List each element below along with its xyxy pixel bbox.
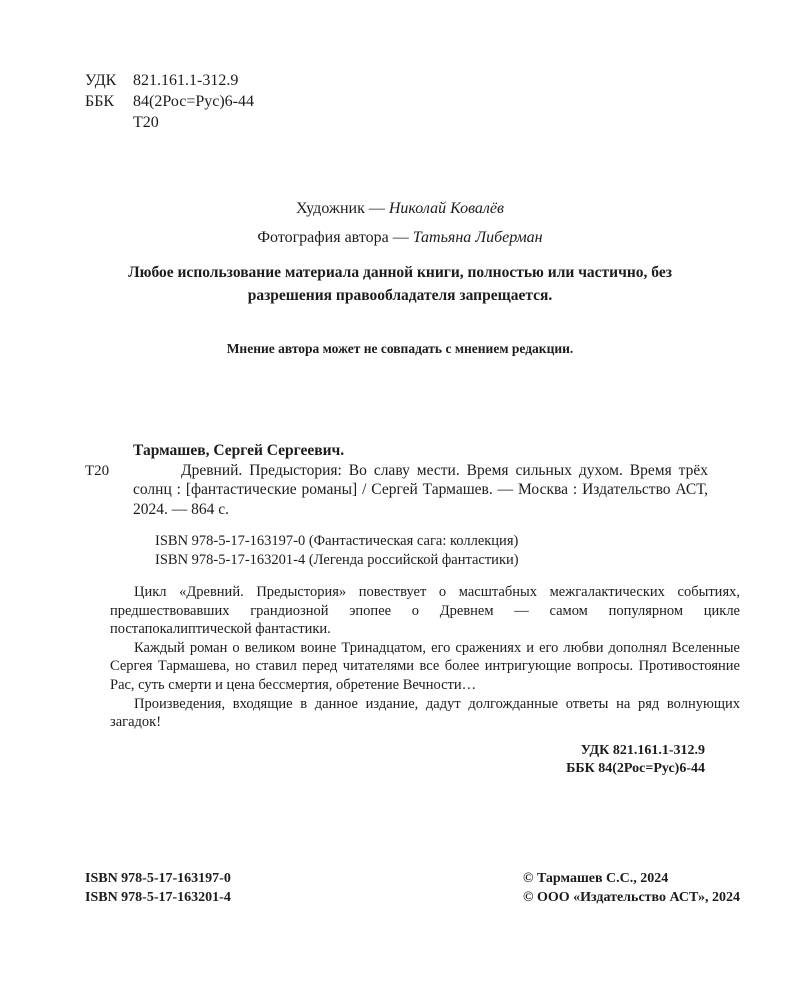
isbn-line: ISBN 978-5-17-163197-0 [85, 870, 231, 889]
bbk-value: 84(2Рос=Рус)6-44 [133, 91, 254, 112]
bbk-line: ББК 84(2Рос=Рус)6-44 [85, 760, 705, 779]
annotation-paragraph: Каждый роман о великом воине Тринадцатом… [110, 639, 740, 695]
annotation-paragraph: Цикл «Древний. Предыстория» повествует о… [110, 583, 740, 639]
rights-notice: Любое использование материала данной кни… [90, 261, 710, 307]
imprint-page: УДК 821.161.1-312.9 ББК 84(2Рос=Рус)6-44… [0, 0, 800, 1000]
isbn-line: ISBN 978-5-17-163197-0 (Фантастическая с… [155, 532, 740, 551]
isbn-line: ISBN 978-5-17-163201-4 [85, 889, 231, 908]
isbn-line: ISBN 978-5-17-163201-4 (Легенда российск… [155, 551, 740, 570]
photographer-name: Татьяна Либерман [413, 229, 543, 246]
artist-name: Николай Ковалёв [389, 200, 504, 217]
udk-line: УДК 821.161.1-312.9 [85, 742, 705, 761]
udk-value: 821.161.1-312.9 [133, 70, 254, 91]
annotation-paragraph: Произведения, входящие в данное издание,… [110, 695, 740, 732]
footer-isbn-column: ISBN 978-5-17-163197-0 ISBN 978-5-17-163… [85, 870, 231, 907]
copyright-line: © ООО «Издательство АСТ», 2024 [523, 889, 740, 908]
bbk-label: ББК [85, 91, 133, 112]
photographer-credit: Фотография автора — Татьяна Либерман [0, 229, 800, 247]
spacer [85, 112, 133, 133]
author-sign-code: Т20 [133, 112, 254, 133]
opinion-note: Мнение автора может не совпадать с мнени… [0, 341, 800, 357]
isbn-list: ISBN 978-5-17-163197-0 (Фантастическая с… [155, 532, 740, 569]
copyright-line: © Тармашев С.С., 2024 [523, 870, 740, 889]
author-heading: Тармашев, Сергей Сергеевич. [133, 441, 740, 461]
classification-codes-right: УДК 821.161.1-312.9 ББК 84(2Рос=Рус)6-44 [85, 742, 705, 779]
bibliographic-description: Древний. Предыстория: Во славу мести. Вр… [133, 461, 708, 520]
udk-label: УДК [85, 70, 133, 91]
bibliographic-entry: Т20 Древний. Предыстория: Во славу мести… [85, 461, 740, 520]
artist-credit: Художник — Николай Ковалёв [0, 200, 800, 218]
footer-copyright-column: © Тармашев С.С., 2024 © ООО «Издательств… [523, 870, 740, 907]
photographer-credit-prefix: Фотография автора — [257, 229, 412, 246]
artist-credit-prefix: Художник — [296, 200, 389, 217]
annotation: Цикл «Древний. Предыстория» повествует о… [110, 583, 740, 732]
catalog-block: Тармашев, Сергей Сергеевич. Т20 Древний.… [85, 441, 740, 779]
author-sign-code: Т20 [85, 463, 109, 480]
footer-block: ISBN 978-5-17-163197-0 ISBN 978-5-17-163… [85, 870, 740, 907]
credits-block: Художник — Николай Ковалёв Фотография ав… [0, 200, 800, 357]
classification-codes-block: УДК 821.161.1-312.9 ББК 84(2Рос=Рус)6-44… [85, 70, 254, 133]
